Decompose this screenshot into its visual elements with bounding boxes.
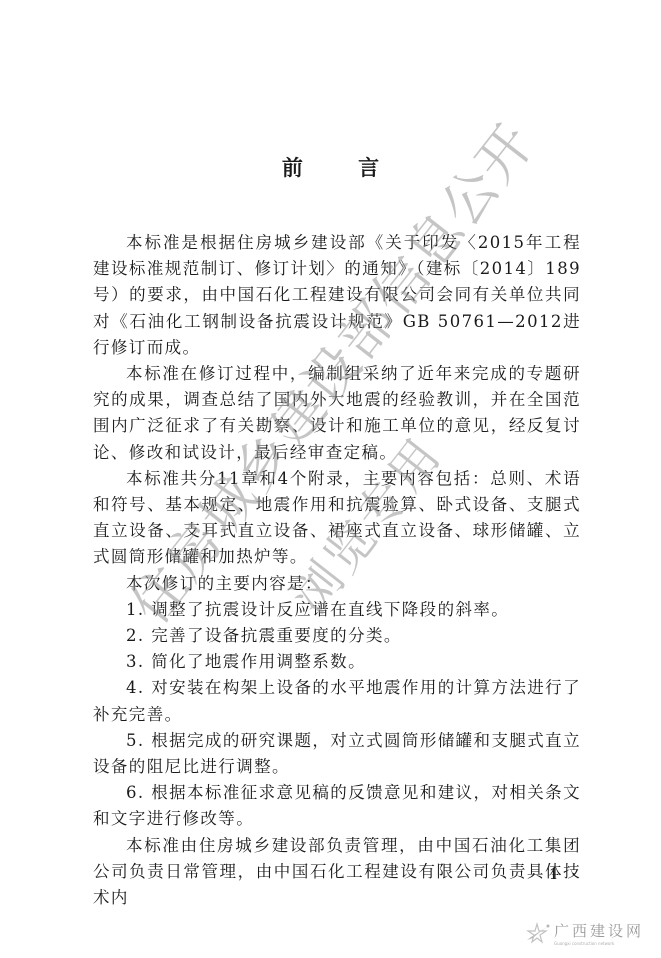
revision-item-4: 4. 对安装在构架上设备的水平地震作用的计算方法进行了补充完善。	[93, 675, 581, 727]
title-char-2: 言	[358, 152, 379, 182]
page-title: 前 言	[0, 152, 661, 182]
document-page: 前 言 本标准是根据住房城乡建设部《关于印发〈2015年工程建设标准规范制订、修…	[0, 0, 661, 958]
paragraph-contents: 本标准共分11章和4个附录，主要内容包括：总则、术语和符号、基本规定、地震作用和…	[93, 466, 581, 571]
page-number: · 1 ·	[520, 865, 580, 883]
revision-item-1: 1. 调整了抗震设计反应谱在直线下降段的斜率。	[93, 597, 581, 623]
logo-tagline: Guangxi construction network	[554, 941, 644, 946]
paragraph-management: 本标准由住房城乡建设部负责管理，由中国石油化工集团公司负责日常管理，由中国石化工…	[93, 833, 581, 912]
revision-item-6: 6. 根据本标准征求意见稿的反馈意见和建议，对相关条文和文字进行修改等。	[93, 780, 581, 832]
revision-item-3: 3. 简化了地震作用调整系数。	[93, 649, 581, 675]
revision-item-2: 2. 完善了设备抗震重要度的分类。	[93, 623, 581, 649]
document-body: 本标准是根据住房城乡建设部《关于印发〈2015年工程建设标准规范制订、修订计划〉…	[93, 230, 581, 911]
title-char-1: 前	[282, 152, 303, 182]
logo-name: 广西建设网	[554, 920, 644, 941]
star-swoosh-icon	[525, 920, 551, 946]
site-logo[interactable]: 广西建设网 Guangxi construction network	[525, 913, 661, 953]
revision-item-5: 5. 根据完成的研究课题，对立式圆筒形储罐和支腿式直立设备的阻尼比进行调整。	[93, 728, 581, 780]
paragraph-origin: 本标准是根据住房城乡建设部《关于印发〈2015年工程建设标准规范制订、修订计划〉…	[93, 230, 581, 361]
paragraph-process: 本标准在修订过程中，编制组采纳了近年来完成的专题研究的成果，调查总结了国内外大地…	[93, 361, 581, 466]
paragraph-revisions-intro: 本次修订的主要内容是：	[93, 571, 581, 597]
